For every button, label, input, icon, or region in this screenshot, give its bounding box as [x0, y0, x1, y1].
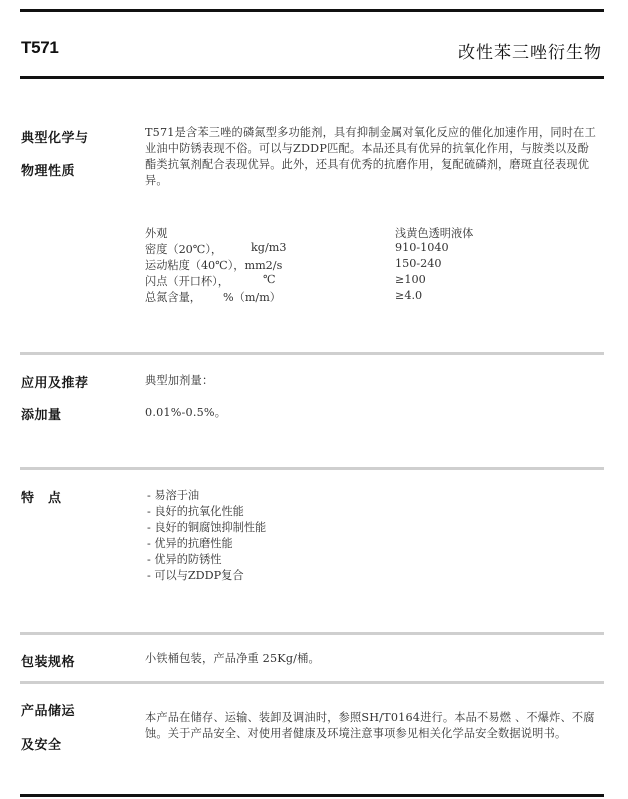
- property-value: ≥4.0: [395, 289, 422, 302]
- property-row: 运动粘度（40℃），mm2/s 150-240: [145, 257, 605, 273]
- property-unit: %（m/m）: [223, 289, 281, 305]
- top-rule: [20, 9, 604, 12]
- feature-item: - 良好的铜腐蚀抑制性能: [147, 520, 266, 536]
- feature-item: - 易溶于油: [147, 488, 266, 504]
- section-divider: [20, 467, 604, 470]
- chemistry-label-line1: 典型化学与: [21, 127, 89, 146]
- property-value: 150-240: [395, 257, 442, 270]
- property-unit: kg/m3: [251, 241, 286, 254]
- packaging-label: 包装规格: [21, 651, 75, 670]
- bottom-rule: [20, 794, 604, 797]
- header-rule: [20, 76, 604, 79]
- features-list: - 易溶于油 - 良好的抗氧化性能 - 良好的铜腐蚀抑制性能 - 优异的抗磨性能…: [147, 488, 266, 584]
- property-row: 总氮含量， %（m/m） ≥4.0: [145, 289, 605, 305]
- dosage-heading: 典型加剂量：: [145, 373, 600, 389]
- storage-label-line1: 产品储运: [21, 700, 75, 719]
- application-label-line1: 应用及推荐: [21, 372, 89, 391]
- property-row: 外观 浅黄色透明液体: [145, 225, 605, 241]
- property-unit: ℃: [263, 273, 276, 286]
- chemistry-description: T571是含苯三唑的磷氮型多功能剂，具有抑制金属对氧化反应的催化加速作用，同时在…: [145, 125, 600, 189]
- storage-label-line2: 及安全: [21, 734, 62, 753]
- section-divider: [20, 352, 604, 355]
- property-name: 外观: [145, 225, 167, 241]
- features-label: 特 点: [21, 487, 62, 506]
- chemistry-label-line2: 物理性质: [21, 160, 75, 179]
- feature-item: - 可以与ZDDP复合: [147, 568, 266, 584]
- feature-item: - 良好的抗氧化性能: [147, 504, 266, 520]
- product-code: T571: [21, 38, 59, 58]
- property-value: 910-1040: [395, 241, 449, 254]
- feature-item: - 优异的防锈性: [147, 552, 266, 568]
- section-divider: [20, 681, 604, 684]
- application-label-line2: 添加量: [21, 404, 62, 423]
- property-value: ≥100: [395, 273, 426, 286]
- feature-item: - 优异的抗磨性能: [147, 536, 266, 552]
- property-name: 总氮含量，: [145, 289, 201, 305]
- storage-text: 本产品在储存、运输、装卸及调油时，参照SH/T0164进行。本品不易燃 、不爆炸…: [145, 710, 600, 742]
- property-row: 闪点（开口杯）， ℃ ≥100: [145, 273, 605, 289]
- product-name: 改性苯三唑衍生物: [458, 38, 602, 63]
- section-divider: [20, 632, 604, 635]
- dosage-value: 0.01%-0.5%。: [145, 405, 600, 421]
- property-name: 闪点（开口杯），: [145, 273, 229, 289]
- property-row: 密度（20℃）， kg/m3 910-1040: [145, 241, 605, 257]
- packaging-text: 小铁桶包装，产品净重 25Kg/桶。: [145, 651, 600, 667]
- property-name: 运动粘度（40℃），mm2/s: [145, 257, 282, 273]
- property-name: 密度（20℃），: [145, 241, 222, 257]
- property-value: 浅黄色透明液体: [395, 225, 473, 241]
